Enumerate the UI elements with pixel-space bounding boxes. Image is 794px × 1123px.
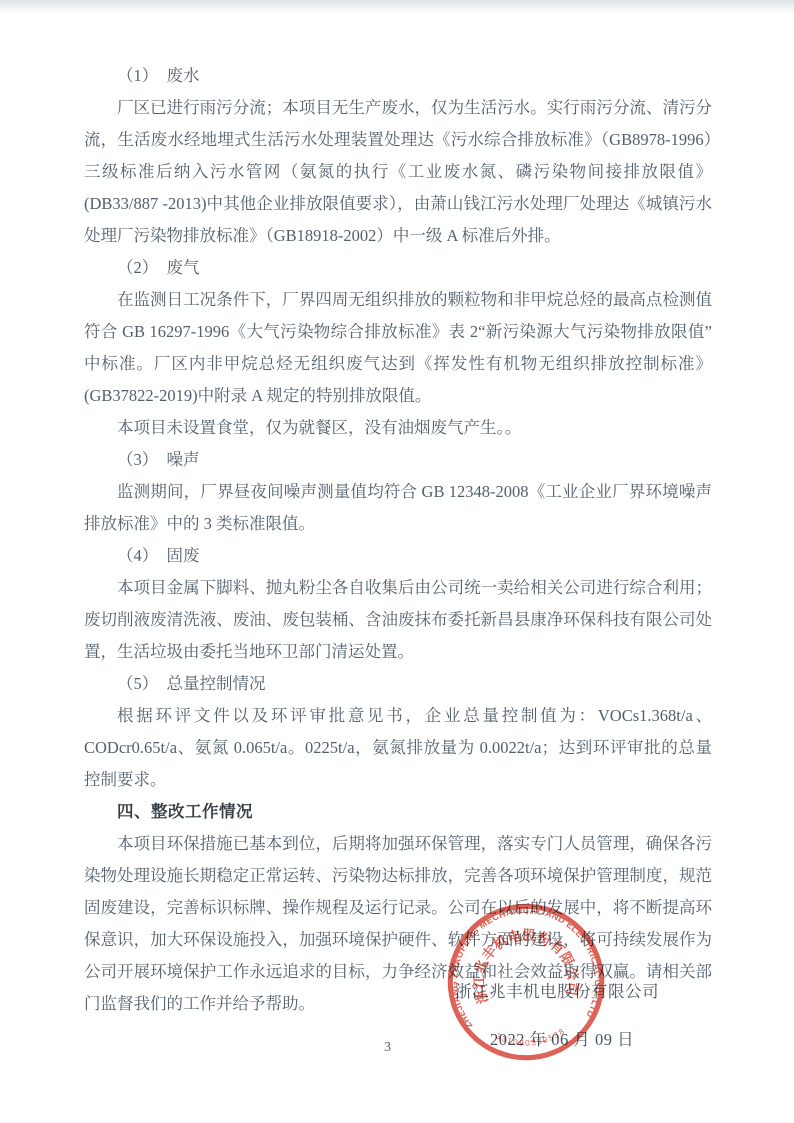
signature-date: 2022 年 06 月 09 日 bbox=[490, 1026, 634, 1050]
section-heading: （1） 废水 bbox=[84, 60, 712, 92]
section-heading: （2） 废气 bbox=[84, 252, 712, 284]
paragraph: 厂区已进行雨污分流；本项目无生产废水，仅为生活污水。实行雨污分流、清污分流，生活… bbox=[84, 92, 712, 252]
section-heading: （3） 噪声 bbox=[84, 444, 712, 476]
paragraph: 本项目未设置食堂，仅为就餐区，没有油烟废气产生。。 bbox=[84, 412, 712, 444]
page-number: 3 bbox=[384, 1040, 391, 1056]
section-heading: （5） 总量控制情况 bbox=[84, 668, 712, 700]
paragraph: 监测期间，厂界昼夜间噪声测量值均符合 GB 12348-2008《工业企业厂界环… bbox=[84, 476, 712, 540]
document-body: （1） 废水厂区已进行雨污分流；本项目无生产废水，仅为生活污水。实行雨污分流、清… bbox=[84, 60, 712, 1020]
section-heading: （4） 固废 bbox=[84, 540, 712, 572]
section-heading: 四、整改工作情况 bbox=[84, 796, 712, 828]
scanned-document-page: （1） 废水厂区已进行雨污分流；本项目无生产废水，仅为生活污水。实行雨污分流、清… bbox=[0, 0, 794, 1123]
paragraph: 根据环评文件以及环评审批意见书，企业总量控制值为：VOCs1.368t/a、CO… bbox=[84, 700, 712, 796]
signature-company: 浙江兆丰机电股份有限公司 bbox=[455, 978, 659, 1002]
paragraph: 本项目金属下脚料、抛丸粉尘各自收集后由公司统一卖给相关公司进行综合利用；废切削液… bbox=[84, 572, 712, 668]
paragraph: 在监测日工况条件下，厂界四周无组织排放的颗粒物和非甲烷总烃的最高点检测值符合 G… bbox=[84, 284, 712, 412]
